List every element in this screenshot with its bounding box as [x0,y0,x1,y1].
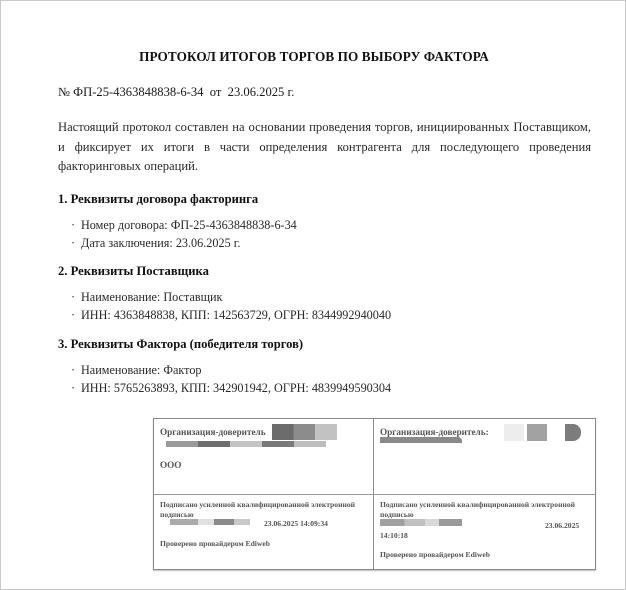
list-item: ·ИНН: 4363848838, КПП: 142563729, ОГРН: … [71,308,391,323]
section-factor-title: 3. Реквизиты Фактора (победителя торгов) [58,337,303,352]
redacted-block [565,424,581,441]
signature-table: Организация-доверитель ООО Организация-д… [153,418,596,570]
section-contract-title: 1. Реквизиты договора факторинга [58,192,258,207]
bullet-icon: · [71,218,81,233]
redacted-block [527,424,547,441]
bullet-icon: · [71,236,81,251]
redacted-block [170,519,250,525]
bullet-icon: · [71,290,81,305]
left-verified-text: Проверено провайдером Ediweb [160,539,270,549]
list-item: ·Наименование: Фактор [71,363,202,378]
document-title: ПРОТОКОЛ ИТОГОВ ТОРГОВ ПО ВЫБОРУ ФАКТОРА [1,49,626,65]
redacted-block [380,519,462,526]
left-signed-text: Подписано усиленной квалифицированной эл… [160,500,360,520]
intro-paragraph: Настоящий протокол составлен на основани… [58,118,591,177]
table-divider [154,494,595,495]
right-org-label: Организация-доверитель: [380,427,489,437]
bullet-icon: · [71,363,81,378]
list-item: ·ИНН: 5765263893, КПП: 342901942, ОГРН: … [71,381,391,396]
list-item: ·Наименование: Поставщик [71,290,222,305]
left-org-name: ООО [160,460,181,470]
document-number: № ФП-25-4363848838-6-34 от 23.06.2025 г. [58,85,294,100]
document-page: ПРОТОКОЛ ИТОГОВ ТОРГОВ ПО ВЫБОРУ ФАКТОРА… [0,0,626,590]
left-org-label: Организация-доверитель [160,427,266,437]
list-item: ·Дата заключения: 23.06.2025 г. [71,236,240,251]
right-verified-text: Проверено провайдером Ediweb [380,550,490,560]
bullet-icon: · [71,308,81,323]
redacted-block [272,424,337,440]
section-supplier-title: 2. Реквизиты Поставщика [58,264,209,279]
redacted-block [504,424,524,441]
list-item: ·Номер договора: ФП-25-4363848838-6-34 [71,218,297,233]
right-signed-time: 14:10:18 [380,531,408,541]
right-signed-text: Подписано усиленной квалифицированной эл… [380,500,580,520]
right-signed-date: 23.06.2025 [545,521,579,531]
redacted-block [166,441,326,447]
bullet-icon: · [71,381,81,396]
left-signed-datetime: 23.06.2025 14:09:34 [264,519,328,529]
redacted-block [380,437,462,443]
